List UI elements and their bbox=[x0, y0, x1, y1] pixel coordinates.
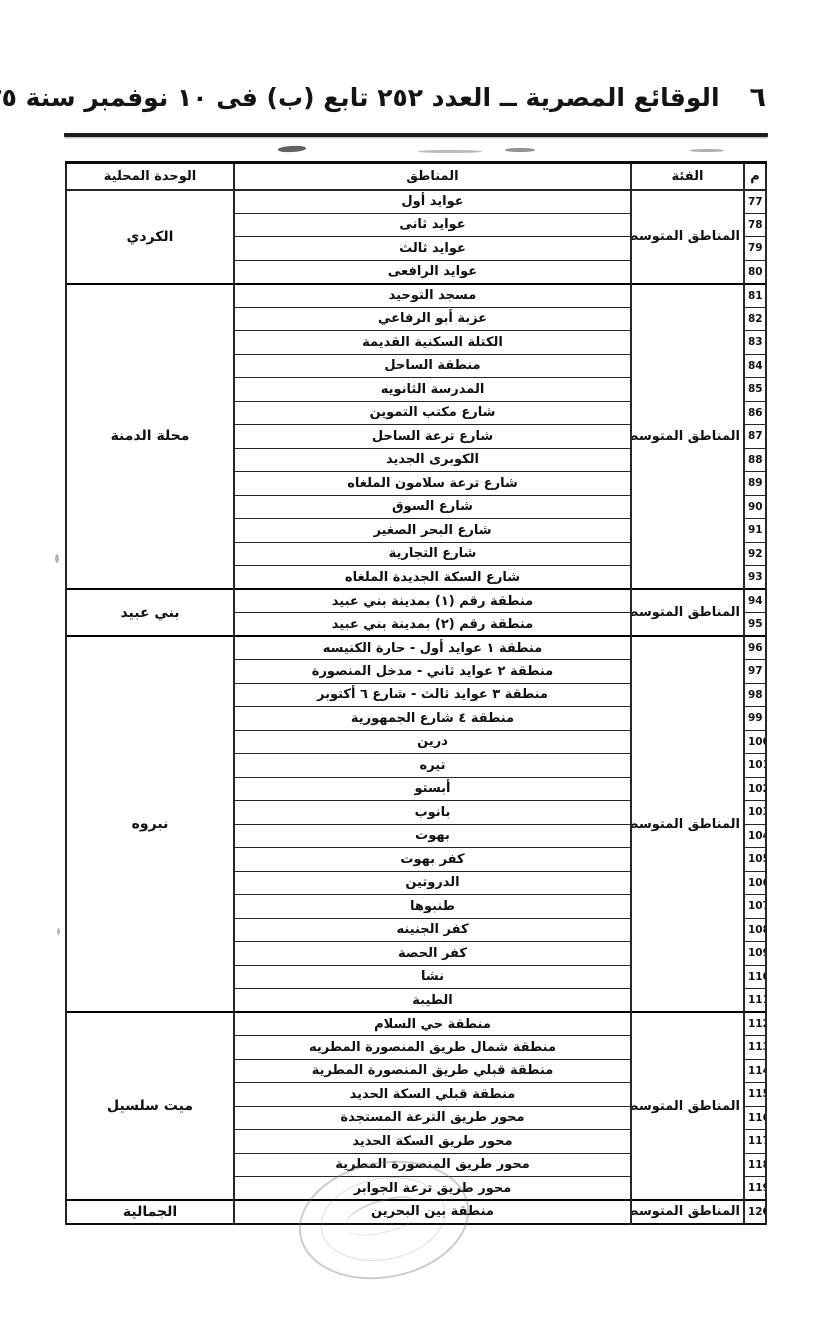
row-number: 98 bbox=[744, 683, 766, 707]
area-cell: عوايد الرافعى bbox=[234, 260, 631, 284]
scan-smudge bbox=[690, 149, 724, 152]
row-number: 95 bbox=[744, 613, 766, 637]
row-number: 85 bbox=[744, 378, 766, 402]
area-cell: شارع ترعة سلامون الملغاه bbox=[234, 472, 631, 496]
area-cell: الكوبرى الجديد bbox=[234, 448, 631, 472]
local-unit-cell: الجمالية bbox=[66, 1200, 234, 1224]
gazette-page: ٦ الوقائع المصرية ــ العدد ٢٥٢ تابع (ب) … bbox=[0, 0, 830, 1324]
area-cell: شارع السوق bbox=[234, 495, 631, 519]
area-cell: بهوت bbox=[234, 824, 631, 848]
area-cell: منطقة رقم (٢) بمدينة بني عبيد bbox=[234, 613, 631, 637]
category-cell: المناطق المتوسطة bbox=[631, 284, 744, 590]
area-cell: منطقة شمال طريق المنصورة المطريه bbox=[234, 1036, 631, 1060]
page-number: ٦ bbox=[750, 82, 766, 113]
row-number: 78 bbox=[744, 213, 766, 237]
row-number: 99 bbox=[744, 707, 766, 731]
table-row: 120المناطق المتوسطةمنطقة بين البحرينالجم… bbox=[66, 1200, 766, 1224]
local-unit-cell: بني عبيد bbox=[66, 589, 234, 636]
row-number: 107 bbox=[744, 895, 766, 919]
area-cell: شارع مكتب التموين bbox=[234, 401, 631, 425]
area-cell: محور طريق المنصورة المطرية bbox=[234, 1153, 631, 1177]
category-cell: المناطق المتوسطة bbox=[631, 636, 744, 1012]
row-number: 119 bbox=[744, 1177, 766, 1201]
row-number: 84 bbox=[744, 354, 766, 378]
local-unit-cell: الكردي bbox=[66, 190, 234, 284]
area-cell: منطقة ٤ شارع الجمهورية bbox=[234, 707, 631, 731]
row-number: 114 bbox=[744, 1059, 766, 1083]
area-cell: الطيبة bbox=[234, 989, 631, 1013]
row-number: 102 bbox=[744, 777, 766, 801]
area-cell: عوايد ثالث bbox=[234, 237, 631, 261]
row-number: 116 bbox=[744, 1106, 766, 1130]
page-header: ٦ الوقائع المصرية ــ العدد ٢٥٢ تابع (ب) … bbox=[60, 82, 766, 113]
area-cell: طنبوها bbox=[234, 895, 631, 919]
row-number: 77 bbox=[744, 190, 766, 214]
row-number: 103 bbox=[744, 801, 766, 825]
row-number: 97 bbox=[744, 660, 766, 684]
area-cell: شارع ترعة الساحل bbox=[234, 425, 631, 449]
table-header-row: م الفئة المناطق الوحدة المحلية bbox=[66, 163, 766, 190]
row-number: 101 bbox=[744, 754, 766, 778]
area-cell: عزبة أبو الرفاعي bbox=[234, 307, 631, 331]
row-number: 89 bbox=[744, 472, 766, 496]
area-cell: بانوب bbox=[234, 801, 631, 825]
area-cell: تيره bbox=[234, 754, 631, 778]
row-number: 79 bbox=[744, 237, 766, 261]
row-number: 109 bbox=[744, 942, 766, 966]
local-unit-cell: نبروه bbox=[66, 636, 234, 1012]
table-row: 96المناطق المتوسطةمنطقة ١ عوايد أول - حا… bbox=[66, 636, 766, 660]
row-number: 111 bbox=[744, 989, 766, 1013]
row-number: 105 bbox=[744, 848, 766, 872]
area-cell: منطقة قبلي طريق المنصورة المطرية bbox=[234, 1059, 631, 1083]
area-cell: أبستو bbox=[234, 777, 631, 801]
row-number: 104 bbox=[744, 824, 766, 848]
row-number: 90 bbox=[744, 495, 766, 519]
zones-table-container: م الفئة المناطق الوحدة المحلية 77المناطق… bbox=[65, 161, 767, 1225]
local-unit-cell: ميت سلسيل bbox=[66, 1012, 234, 1200]
area-cell: محور طريق السكة الحديد bbox=[234, 1130, 631, 1154]
scan-smudge bbox=[418, 150, 482, 153]
row-number: 92 bbox=[744, 542, 766, 566]
area-cell: الدروتين bbox=[234, 871, 631, 895]
row-number: 80 bbox=[744, 260, 766, 284]
area-cell: عوايد أول bbox=[234, 190, 631, 214]
area-cell: كفر بهوت bbox=[234, 848, 631, 872]
area-cell: كفر الجنينه bbox=[234, 918, 631, 942]
row-number: 87 bbox=[744, 425, 766, 449]
row-number: 108 bbox=[744, 918, 766, 942]
row-number: 81 bbox=[744, 284, 766, 308]
row-number: 117 bbox=[744, 1130, 766, 1154]
scan-speck bbox=[55, 554, 59, 563]
row-number: 115 bbox=[744, 1083, 766, 1107]
column-header-category: الفئة bbox=[631, 163, 744, 190]
category-cell: المناطق المتوسطة bbox=[631, 1012, 744, 1200]
row-number: 106 bbox=[744, 871, 766, 895]
row-number: 100 bbox=[744, 730, 766, 754]
page-title: الوقائع المصرية ــ العدد ٢٥٢ تابع (ب) فى… bbox=[0, 83, 720, 112]
zones-table: م الفئة المناطق الوحدة المحلية 77المناطق… bbox=[65, 161, 767, 1225]
table-row: 112المناطق المتوسطةمنطقة حي السلامميت سل… bbox=[66, 1012, 766, 1036]
area-cell: محور طريق ترعة الجوابر bbox=[234, 1177, 631, 1201]
row-number: 120 bbox=[744, 1200, 766, 1224]
row-number: 110 bbox=[744, 965, 766, 989]
local-unit-cell: محلة الدمنة bbox=[66, 284, 234, 590]
column-header-local-unit: الوحدة المحلية bbox=[66, 163, 234, 190]
category-cell: المناطق المتوسطة bbox=[631, 190, 744, 284]
category-cell: المناطق المتوسطة bbox=[631, 1200, 744, 1224]
area-cell: المدرسة الثانويه bbox=[234, 378, 631, 402]
column-header-areas: المناطق bbox=[234, 163, 631, 190]
area-cell: شارع البحر الصغير bbox=[234, 519, 631, 543]
row-number: 93 bbox=[744, 566, 766, 590]
area-cell: عوايد ثانى bbox=[234, 213, 631, 237]
area-cell: نشا bbox=[234, 965, 631, 989]
area-cell: شارع السكة الجديدة الملغاه bbox=[234, 566, 631, 590]
area-cell: كفر الحصة bbox=[234, 942, 631, 966]
header-divider bbox=[64, 133, 768, 137]
row-number: 82 bbox=[744, 307, 766, 331]
area-cell: منطقة حي السلام bbox=[234, 1012, 631, 1036]
row-number: 83 bbox=[744, 331, 766, 355]
table-row: 81المناطق المتوسطةمسجد التوحيدمحلة الدمن… bbox=[66, 284, 766, 308]
area-cell: منطقة ٣ عوايد ثالث - شارع ٦ أكتوبر bbox=[234, 683, 631, 707]
scan-speck bbox=[57, 928, 60, 935]
area-cell: منطقة الساحل bbox=[234, 354, 631, 378]
category-cell: المناطق المتوسطة bbox=[631, 589, 744, 636]
row-number: 88 bbox=[744, 448, 766, 472]
row-number: 94 bbox=[744, 589, 766, 613]
area-cell: شارع التجارية bbox=[234, 542, 631, 566]
area-cell: درين bbox=[234, 730, 631, 754]
area-cell: مسجد التوحيد bbox=[234, 284, 631, 308]
row-number: 86 bbox=[744, 401, 766, 425]
scan-smudge bbox=[278, 145, 306, 152]
area-cell: منطقة بين البحرين bbox=[234, 1200, 631, 1224]
area-cell: منطقة قبلي السكة الحديد bbox=[234, 1083, 631, 1107]
row-number: 91 bbox=[744, 519, 766, 543]
column-header-index: م bbox=[744, 163, 766, 190]
area-cell: منطقة رقم (١) بمدينة بني عبيد bbox=[234, 589, 631, 613]
scan-smudge bbox=[505, 148, 535, 152]
area-cell: منطقة ١ عوايد أول - حارة الكنيسه bbox=[234, 636, 631, 660]
area-cell: الكتلة السكنية القديمة bbox=[234, 331, 631, 355]
row-number: 96 bbox=[744, 636, 766, 660]
table-row: 94المناطق المتوسطةمنطقة رقم (١) بمدينة ب… bbox=[66, 589, 766, 613]
table-row: 77المناطق المتوسطةعوايد أولالكردي bbox=[66, 190, 766, 214]
row-number: 118 bbox=[744, 1153, 766, 1177]
row-number: 112 bbox=[744, 1012, 766, 1036]
row-number: 113 bbox=[744, 1036, 766, 1060]
area-cell: محور طريق الترعة المستجدة bbox=[234, 1106, 631, 1130]
area-cell: منطقة ٢ عوايد ثاني - مدخل المنصورة bbox=[234, 660, 631, 684]
zones-table-body: 77المناطق المتوسطةعوايد أولالكردي78عوايد… bbox=[66, 190, 766, 1224]
